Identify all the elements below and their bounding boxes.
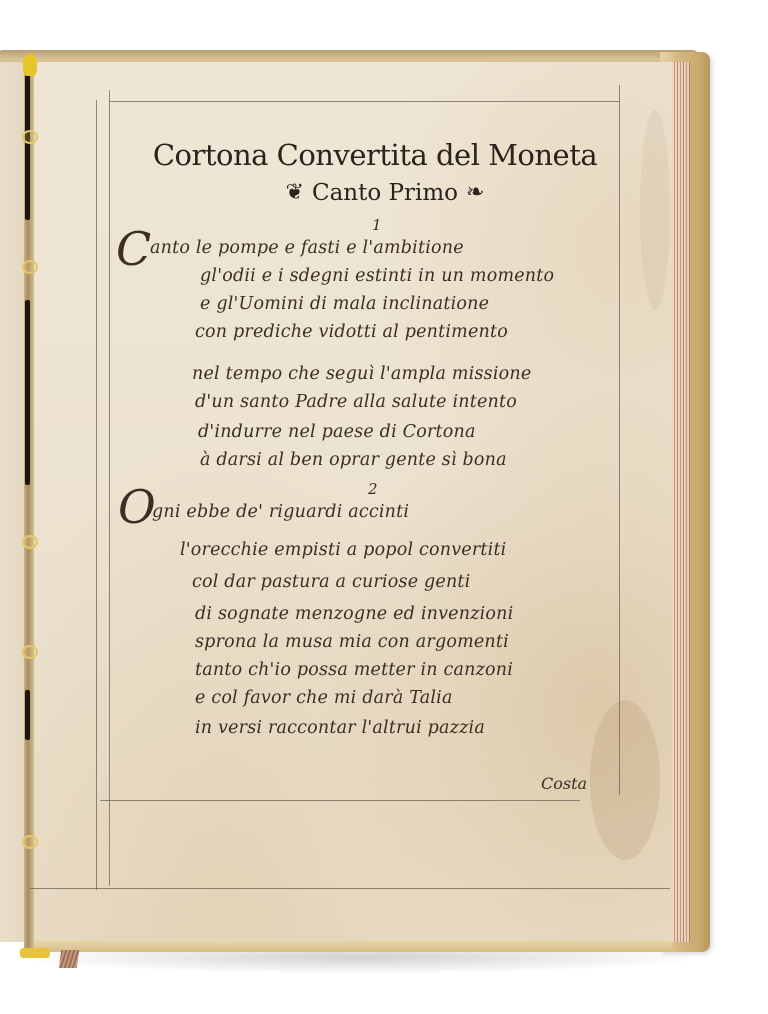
book-shadow — [10, 950, 710, 974]
verse-line: nel tempo che seguì l'ampla missione — [192, 364, 531, 384]
verse-line: in versi raccontar l'altrui pazzia — [195, 718, 485, 738]
stitch-icon — [22, 260, 38, 274]
frame-rule-left — [109, 90, 110, 886]
verse-line: col dar pastura a curiose genti — [192, 572, 470, 592]
gutter-shadow — [25, 415, 30, 485]
gutter-shadow — [25, 690, 30, 740]
frame-rule-top — [110, 101, 620, 102]
flourish-left-icon: ❦ — [286, 182, 304, 204]
frame-rule-bottom — [30, 888, 670, 889]
verse-line: e gl'Uomini di mala inclinatione — [200, 294, 489, 314]
verse-line: gl'odii e i sdegni estinti in un momento — [200, 266, 554, 286]
verse-line: con prediche vidotti al pentimento — [195, 322, 508, 342]
manuscript-photo: Cortona Convertita del Moneta ❦ Canto Pr… — [0, 0, 768, 1014]
gutter-shadow — [25, 300, 30, 420]
stitch-icon — [22, 535, 38, 549]
frame-rule-right — [619, 85, 620, 795]
frame-rule-outer-left — [96, 100, 97, 890]
page-edges — [672, 62, 690, 942]
verse-line: anto le pompe e fasti e l'ambitione — [150, 238, 464, 258]
verse-line: l'orecchie empisti a popol convertiti — [180, 540, 506, 560]
manuscript-title: Cortona Convertita del Moneta — [140, 138, 610, 172]
page-bottom-edge — [32, 940, 672, 952]
stanza-number: 2 — [368, 480, 378, 498]
binding-thread-icon — [23, 54, 37, 76]
verse-line: à darsi al ben oprar gente sì bona — [200, 450, 507, 470]
verse-line: e col favor che mi darà Talia — [195, 688, 453, 708]
stanza-number: 1 — [372, 216, 382, 234]
foxing-stain — [590, 700, 660, 860]
gutter-shadow — [25, 70, 30, 220]
stitch-icon — [22, 835, 38, 849]
verse-line: gni ebbe de' riguardi accinti — [152, 502, 409, 522]
canto-heading: ❦ Canto Primo ❧ — [250, 180, 520, 206]
stitch-icon — [22, 130, 38, 144]
stitch-icon — [22, 645, 38, 659]
verse-line: di sognate menzogne ed invenzioni — [195, 604, 513, 624]
stanza-initial: C — [116, 226, 151, 272]
flourish-right-icon: ❧ — [466, 182, 484, 204]
stanza-initial: O — [118, 484, 156, 530]
verse-line: sprona la musa mia con argomenti — [195, 632, 509, 652]
foxing-stain — [640, 110, 670, 310]
binding-thread-icon — [20, 948, 50, 958]
bookmark-ribbon — [59, 950, 80, 968]
frame-rule-text-bottom — [100, 800, 580, 801]
canto-subtitle: Canto Primo — [312, 180, 458, 206]
verse-line: tanto ch'io possa metter in canzoni — [195, 660, 513, 680]
verse-line: d'indurre nel paese di Cortona — [198, 422, 476, 442]
verse-line: d'un santo Padre alla salute intento — [195, 392, 517, 412]
catchword: Costa — [541, 774, 587, 793]
